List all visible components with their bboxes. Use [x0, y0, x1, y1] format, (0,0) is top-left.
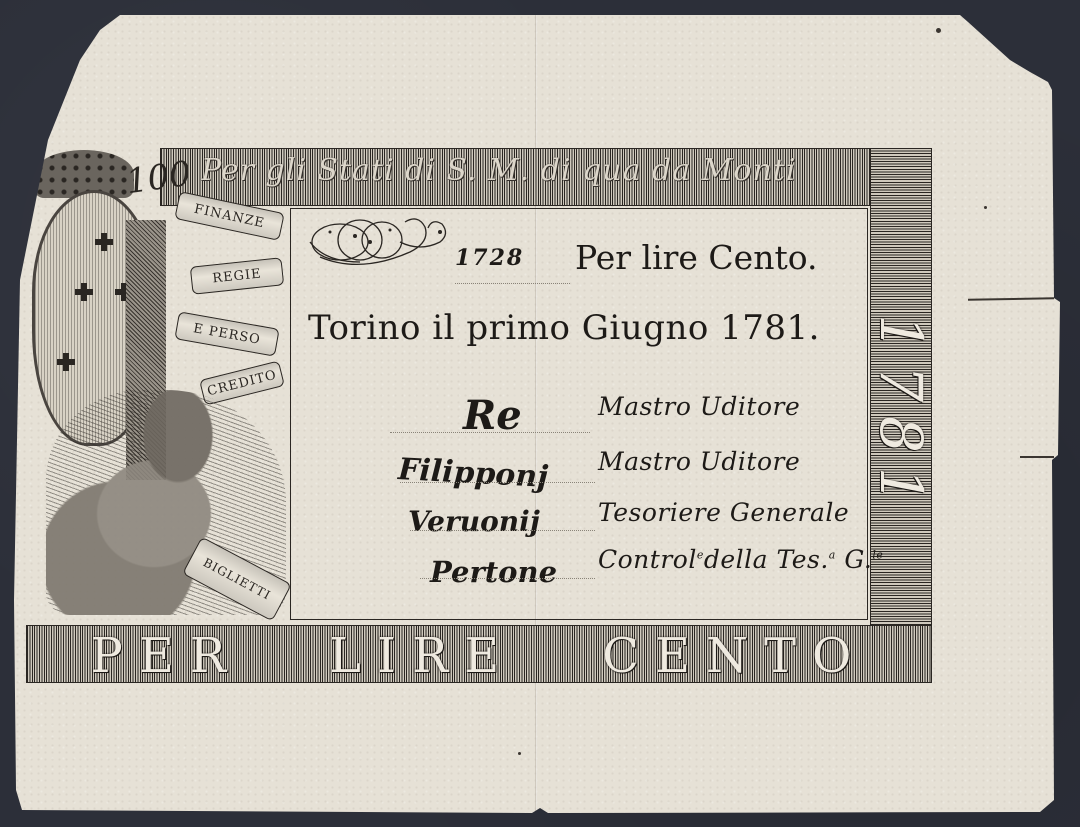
- title-4-part: G.: [844, 545, 872, 574]
- calligraphic-flourish-icon: [300, 212, 455, 274]
- cross-icon: [75, 283, 93, 301]
- top-inscription-text: Per gli Stati di S. M. di qua da Monti: [201, 153, 919, 188]
- ribbon-finanze: FINANZE: [174, 191, 284, 241]
- serial-number: 1728: [455, 245, 524, 271]
- paper-tear: [1020, 456, 1054, 458]
- title-4-part: Control: [598, 545, 697, 574]
- paper-speck: [936, 28, 941, 33]
- ribbon-regie: REGIE: [190, 257, 284, 294]
- signatory-title-3: Tesoriere Generale: [598, 498, 849, 527]
- dotted-rule: [400, 482, 595, 483]
- bottom-denomination-band: PER LIRE CENTO: [26, 625, 932, 683]
- place-date-line: Torino il primo Giugno 1781.: [308, 308, 820, 348]
- bottom-word-cento: CENTO: [602, 628, 867, 684]
- dotted-rule: [455, 283, 570, 284]
- title-4-part: della Tes.: [704, 545, 829, 574]
- paper-speck: [984, 206, 987, 209]
- bottom-band-words: PER LIRE CENTO: [27, 628, 931, 684]
- left-vignette: 100 FINANZE REGIE E PERSO CREDITO BIGLIE…: [26, 150, 296, 625]
- denomination-text: Per lire Cento.: [575, 238, 818, 277]
- title-4-sup: a: [829, 549, 836, 562]
- signatory-title-4: Controledella Tes.a G.le: [598, 545, 883, 574]
- banknote-paper: Per gli Stati di S. M. di qua da Monti 1…: [0, 0, 1080, 827]
- title-4-sup: e: [697, 549, 704, 562]
- signature-4: Pertone: [430, 555, 557, 589]
- signature-3: Veruonij: [408, 505, 540, 538]
- cross-icon: [57, 353, 75, 371]
- dotted-rule: [390, 432, 590, 433]
- bottom-word-per: PER: [91, 628, 242, 684]
- right-band-year: 1781: [867, 314, 935, 518]
- signatory-title-2: Mastro Uditore: [598, 447, 800, 476]
- title-4-sup: le: [872, 549, 883, 562]
- signatory-title-1: Mastro Uditore: [598, 392, 800, 421]
- dotted-rule: [420, 578, 595, 579]
- paper-speck: [518, 752, 521, 755]
- dotted-rule: [410, 530, 595, 531]
- ribbon-e-perso: E PERSO: [174, 311, 279, 356]
- bottom-word-lire: LIRE: [329, 628, 515, 684]
- cross-icon: [95, 233, 113, 251]
- right-year-band: 1781: [870, 148, 932, 683]
